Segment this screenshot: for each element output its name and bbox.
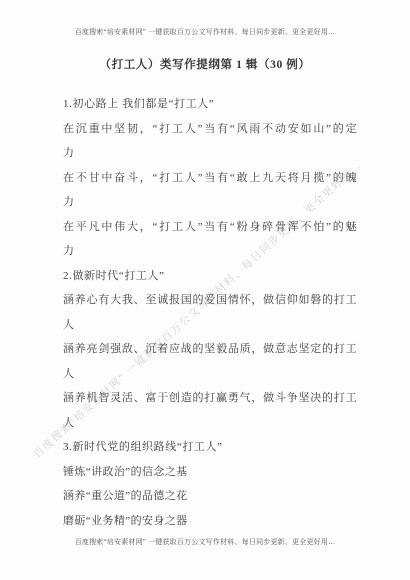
document-title: （打工人）类写作提纲第 1 辑（30 例）: [0, 56, 410, 72]
text-line: 在不甘中奋斗，“打工人”当有“敢上九天将月揽”的魄: [63, 169, 357, 194]
text-line: 力: [63, 193, 357, 218]
text-line: 在沉重中坚韧，“打工人”当有“风雨不动安如山”的定: [63, 120, 357, 145]
page-header-promo: 百度搜索“培安素材网” 一键获取百万公文写作材料、每日同步更新、更全更好用…: [0, 27, 410, 37]
text-line: 1.初心路上 我们都是“打工人”: [63, 95, 357, 120]
text-line: 3.新时代党的组织路线“打工人”: [63, 438, 357, 463]
text-line: 2.做新时代“打工人”: [63, 267, 357, 292]
text-line: 力: [63, 242, 357, 267]
text-line: 在平凡中伟大，“打工人”当有“粉身碎骨浑不怕”的魅: [63, 218, 357, 243]
text-line: 人: [63, 316, 357, 341]
text-line: 力: [63, 144, 357, 169]
text-line: 磨砺“业务精”的安身之器: [63, 512, 357, 537]
document-body: 1.初心路上 我们都是“打工人”在沉重中坚韧，“打工人”当有“风雨不动安如山”的…: [63, 95, 357, 536]
text-line: 锤炼“讲政治”的信念之基: [63, 463, 357, 488]
text-line: 涵养亮剑强敌、沉着应战的坚毅品质，做意志坚定的打工: [63, 340, 357, 365]
page-footer-promo: 百度搜索“培安素材网” 一键获取百万公文写作材料、每日同步更新、更全更好用…: [0, 537, 410, 547]
text-line: 人: [63, 365, 357, 390]
text-line: 涵养心有大我、至诚报国的爱国情怀，做信仰如磐的打工: [63, 291, 357, 316]
text-line: 人: [63, 414, 357, 439]
document-page: 百度搜索“培安素材网” 一键获取百万公文写作材料、每日同步更新、更全更好用… 百…: [0, 0, 410, 580]
text-line: 涵养“重公道”的品德之花: [63, 487, 357, 512]
text-line: 涵养机智灵活、富于创造的打赢勇气，做斗争坚决的打工: [63, 389, 357, 414]
